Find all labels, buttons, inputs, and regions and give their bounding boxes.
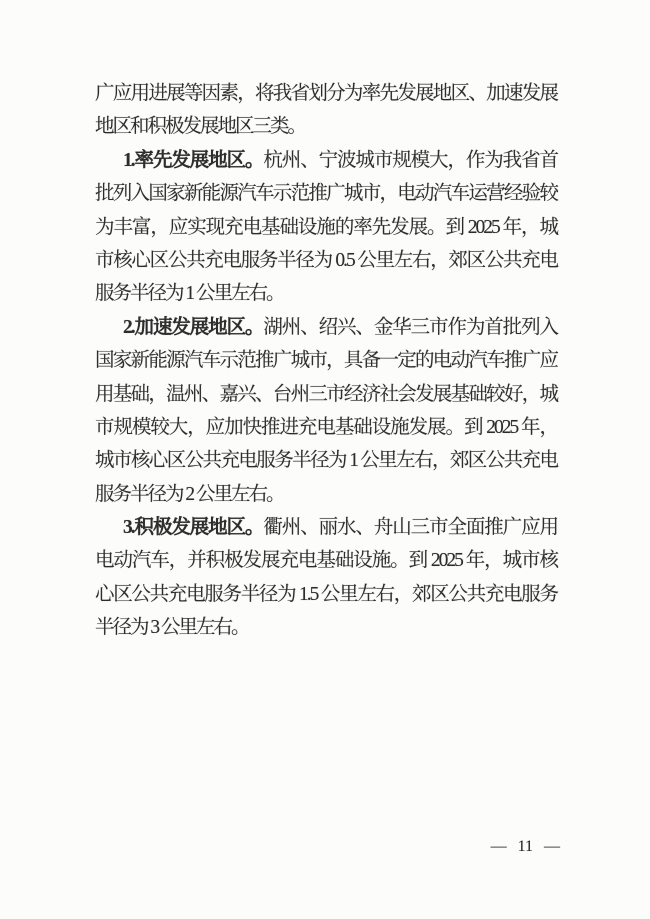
text-line-content: 城市核心区公共充电服务半径为 1 公里左右，郊区公共充电 bbox=[95, 450, 557, 471]
footer-dash-left: — bbox=[491, 838, 507, 855]
text-line: 用基础，温州、嘉兴、台州三市经济社会发展基础较好，城 bbox=[95, 378, 557, 411]
text-line: 电动汽车，并积极发展充电基础设施。到 2025 年，城市核 bbox=[95, 544, 557, 577]
text-line-content: 服务半径为 2 公里左右。 bbox=[95, 484, 284, 505]
text-line-content: 心区公共充电服务半径为 1.5 公里左右，郊区公共充电服务 bbox=[95, 584, 557, 605]
text-line-content: 市核心区公共充电服务半径为 0.5 公里左右，郊区公共充电 bbox=[95, 250, 557, 271]
text-line: 广应用进展等因素，将我省划分为率先发展地区、加速发展 bbox=[95, 77, 557, 110]
document-page: 广应用进展等因素，将我省划分为率先发展地区、加速发展 地区和积极发展地区三类。 … bbox=[0, 0, 650, 919]
page-number: 11 bbox=[507, 838, 544, 855]
section-3-heading: 3.积极发展地区。 bbox=[123, 517, 263, 538]
text-line: 国家新能源汽车示范推广城市，具备一定的电动汽车推广应 bbox=[95, 344, 557, 377]
text-line-content: 国家新能源汽车示范推广城市，具备一定的电动汽车推广应 bbox=[95, 350, 557, 371]
text-line: 3.积极发展地区。衢州、丽水、舟山三市全面推广应用 bbox=[95, 511, 557, 544]
text-line: 2.加速发展地区。湖州、绍兴、金华三市作为首批列入 bbox=[95, 311, 557, 344]
text-line-content: 杭州、宁波城市规模大，作为我省首 bbox=[263, 150, 557, 171]
section-1-heading: 1.率先发展地区。 bbox=[123, 150, 263, 171]
text-line-content: 地区和积极发展地区三类。 bbox=[95, 116, 305, 137]
text-line-content: 服务半径为 1 公里左右。 bbox=[95, 283, 284, 304]
text-line: 城市核心区公共充电服务半径为 1 公里左右，郊区公共充电 bbox=[95, 444, 557, 477]
text-line: 服务半径为 1 公里左右。 bbox=[95, 277, 557, 310]
text-line: 心区公共充电服务半径为 1.5 公里左右，郊区公共充电服务 bbox=[95, 578, 557, 611]
footer-dash-right: — bbox=[544, 838, 560, 855]
text-line: 地区和积极发展地区三类。 bbox=[95, 110, 557, 143]
text-line-content: 衢州、丽水、舟山三市全面推广应用 bbox=[263, 517, 557, 538]
text-line-content: 批列入国家新能源汽车示范推广城市，电动汽车运营经验较 bbox=[95, 183, 557, 204]
text-line-content: 市规模较大，应加快推进充电基础设施发展。到 2025 年， bbox=[95, 417, 557, 438]
text-line-content: 湖州、绍兴、金华三市作为首批列入 bbox=[263, 317, 557, 338]
text-line: 1.率先发展地区。杭州、宁波城市规模大，作为我省首 bbox=[95, 144, 557, 177]
text-line: 半径为 3 公里左右。 bbox=[95, 611, 557, 644]
text-line-content: 半径为 3 公里左右。 bbox=[95, 617, 249, 638]
text-line: 批列入国家新能源汽车示范推广城市，电动汽车运营经验较 bbox=[95, 177, 557, 210]
text-line: 服务半径为 2 公里左右。 bbox=[95, 478, 557, 511]
text-line: 为丰富，应实现充电基础设施的率先发展。到 2025 年，城 bbox=[95, 211, 557, 244]
section-2-heading: 2.加速发展地区。 bbox=[123, 317, 263, 338]
body-text: 广应用进展等因素，将我省划分为率先发展地区、加速发展 地区和积极发展地区三类。 … bbox=[95, 77, 557, 645]
text-line-content: 广应用进展等因素，将我省划分为率先发展地区、加速发展 bbox=[95, 83, 557, 104]
text-line: 市核心区公共充电服务半径为 0.5 公里左右，郊区公共充电 bbox=[95, 244, 557, 277]
text-line-content: 为丰富，应实现充电基础设施的率先发展。到 2025 年，城 bbox=[95, 217, 557, 238]
text-line-content: 用基础，温州、嘉兴、台州三市经济社会发展基础较好，城 bbox=[95, 384, 557, 405]
page-footer: —11— bbox=[491, 838, 560, 856]
text-line: 市规模较大，应加快推进充电基础设施发展。到 2025 年， bbox=[95, 411, 557, 444]
text-line-content: 电动汽车，并积极发展充电基础设施。到 2025 年，城市核 bbox=[95, 550, 557, 571]
